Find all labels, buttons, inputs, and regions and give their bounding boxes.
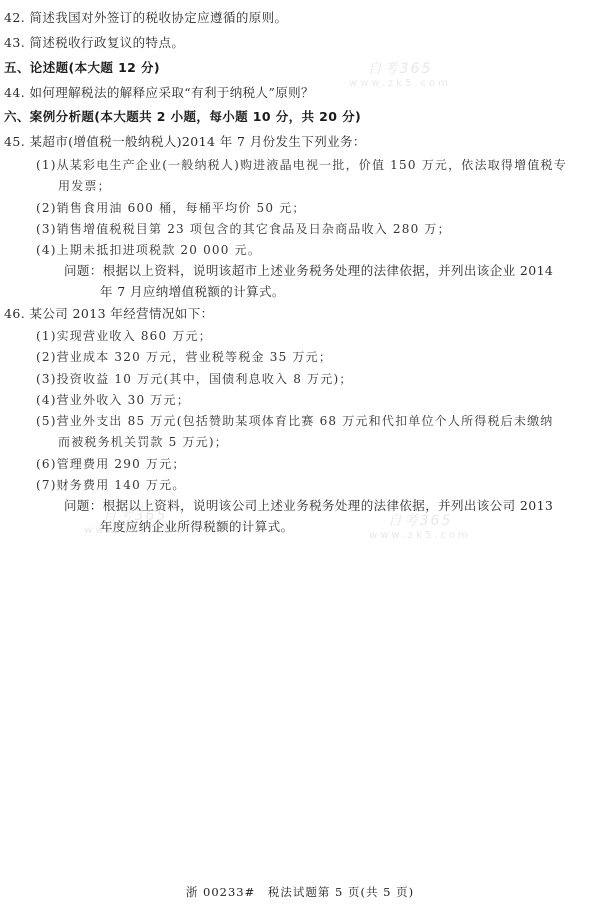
q45-item-1: (1)从某彩电生产企业(一般纳税人)购进液晶电视一批，价值 150 万元，依法取… [36, 157, 567, 173]
q46-question-line-2: 年度应纳企业所得税额的计算式。 [100, 519, 294, 535]
watermark-text: 自考365 [300, 58, 500, 78]
exam-page: 自考365 www.zk5.com 自考365 www.zk5.com 自考36… [0, 0, 600, 914]
q46-item-3: (3)投资收益 10 万元(其中，国债利息收入 8 万元)； [36, 371, 353, 387]
watermark-url: www.zk5.com [300, 78, 500, 89]
q46-item-2: (2)营业成本 320 万元，营业税等税金 35 万元； [36, 349, 332, 365]
page-number: 税法试题第 5 页(共 5 页) [268, 885, 414, 899]
q45-item-1-cont: 用发票； [58, 178, 111, 194]
question-45-intro: 45. 某超市(增值税一般纳税人)2014 年 7 月份发生下列业务： [4, 134, 366, 150]
q46-item-1: (1)实现营业收入 860 万元； [36, 328, 212, 344]
watermark: 自考365 www.zk5.com [330, 510, 510, 541]
q46-item-4: (4)营业外收入 30 万元； [36, 392, 190, 408]
q45-item-4: (4)上期未抵扣进项税款 20 000 元。 [36, 242, 261, 258]
q45-item-2: (2)销售食用油 600 桶，每桶平均价 50 元； [36, 200, 306, 216]
q45-question-line-2: 年 7 月应纳增值税额的计算式。 [100, 284, 285, 300]
page-footer: 浙 00233# 税法试题第 5 页(共 5 页) [0, 884, 600, 900]
q45-item-3: (3)销售增值税税目第 23 项包含的其它食品及日杂商品收入 280 万； [36, 221, 451, 237]
question-44: 44. 如何理解税法的解释应采取“有利于纳税人”原则？ [4, 85, 314, 101]
q46-item-5: (5)营业外支出 85 万元(包括赞助某项体育比赛 68 万元和代扣单位个人所得… [36, 413, 553, 429]
q46-question-line-1: 问题：根据以上资料，说明该公司上述业务税务处理的法律依据，并列出该公司 2013 [64, 498, 553, 514]
watermark: 自考365 www.zk5.com [300, 58, 500, 89]
q46-item-7: (7)财务费用 140 万元。 [36, 477, 186, 493]
question-42: 42. 简述我国对外签订的税收协定应遵循的原则。 [4, 10, 287, 26]
q46-item-5-cont: 而被税务机关罚款 5 万元)； [58, 434, 228, 450]
question-46-intro: 46. 某公司 2013 年经营情况如下： [4, 306, 214, 322]
section-heading-case-analysis: 六、案例分析题(本大题共 2 小题，每小题 10 分，共 20 分) [4, 109, 361, 125]
q46-item-6: (6)管理费用 290 万元； [36, 456, 186, 472]
exam-code: 浙 00233# [186, 885, 255, 899]
question-43: 43. 简述税收行政复议的特点。 [4, 35, 184, 51]
q45-question-line-1: 问题：根据以上资料，说明该超市上述业务税务处理的法律依据，并列出该企业 2014 [64, 263, 553, 279]
watermark-url: www.zk5.com [330, 530, 510, 541]
section-heading-essay: 五、论述题(本大题 12 分) [4, 60, 160, 76]
